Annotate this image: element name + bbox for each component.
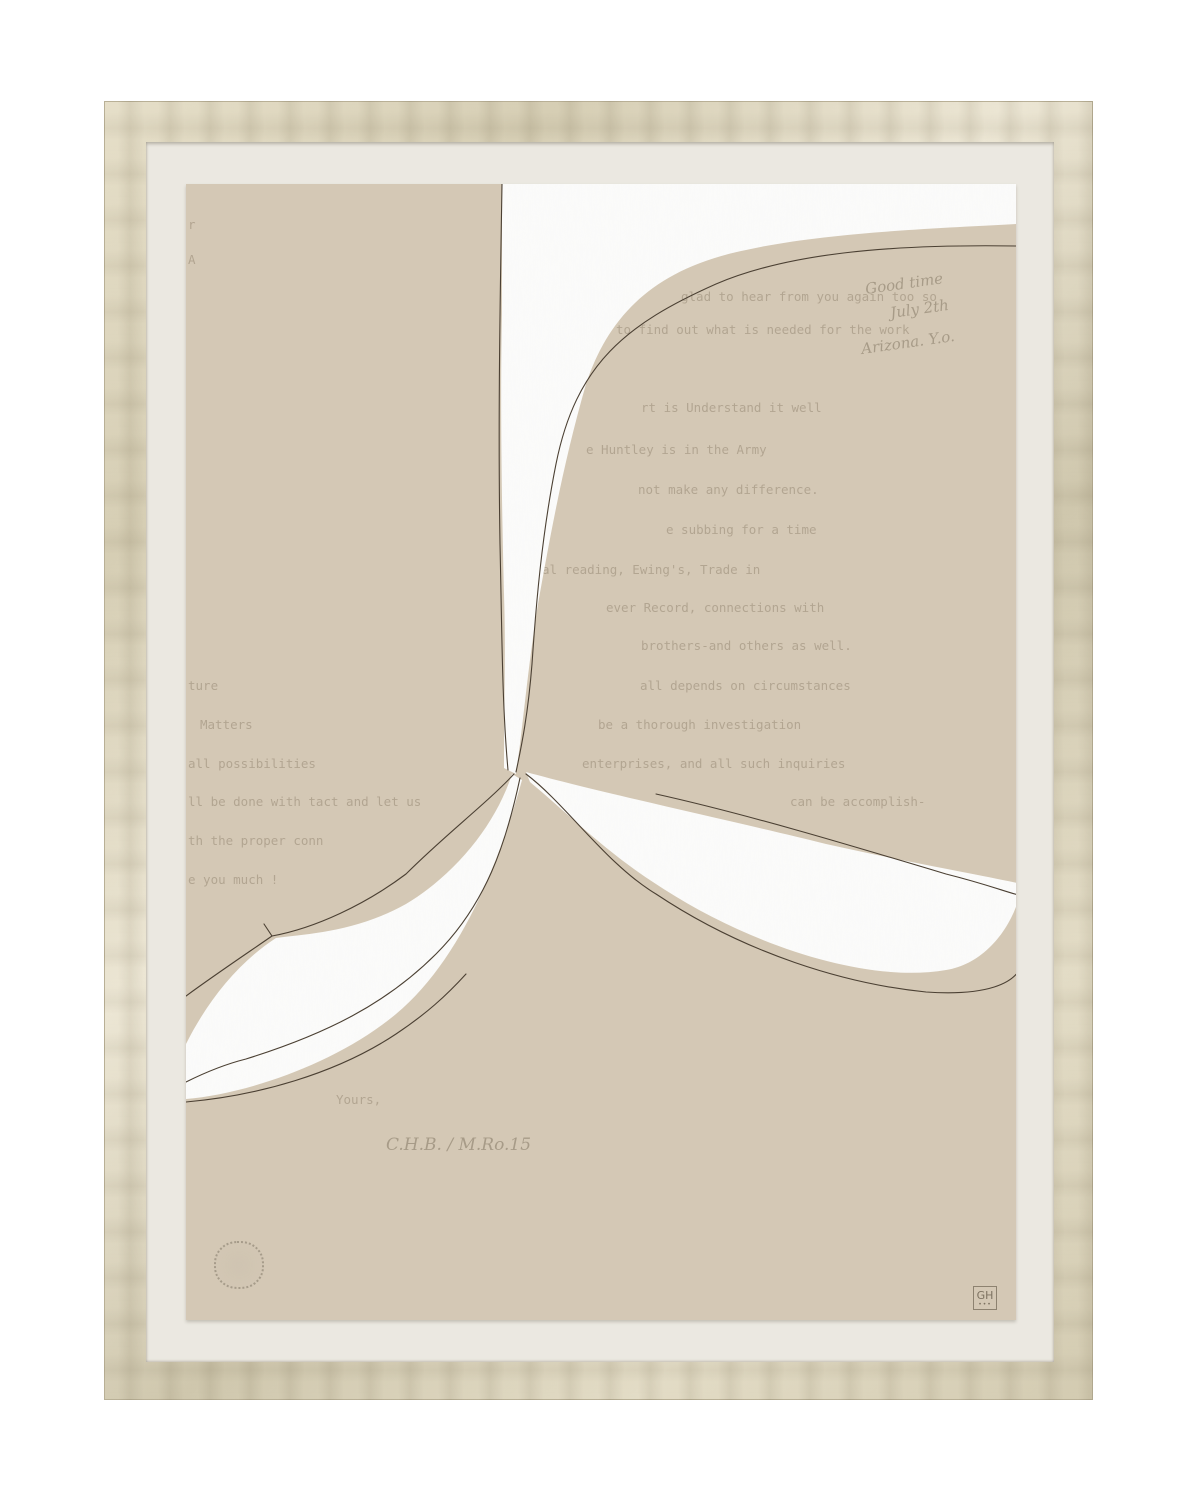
svg-text:Yours,: Yours, [336, 1092, 381, 1107]
svg-text:e subbing for a time: e subbing for a time [666, 522, 817, 537]
svg-text:A: A [188, 252, 196, 267]
svg-text:brothers-and others as well.: brothers-and others as well. [641, 638, 852, 653]
svg-text:ture: ture [188, 678, 218, 693]
svg-text:all depends on circumstances: all depends on circumstances [640, 678, 851, 693]
svg-text:Matters: Matters [200, 717, 253, 732]
monogram-dots: ••• [974, 1302, 996, 1308]
svg-text:ll be done with tact and let u: ll be done with tact and let us [188, 794, 421, 809]
svg-text:rt is Understand it well: rt is Understand it well [641, 400, 822, 415]
svg-text:th the proper conn: th the proper conn [188, 833, 323, 848]
handwritten-note: Good time July 2th Arizona. Y.o. [858, 269, 956, 358]
artwork-canvas: r A glad to hear from you again too so t… [186, 184, 1016, 1320]
artist-monogram: GH ••• [973, 1286, 997, 1310]
svg-text:e you much !: e you much ! [188, 872, 278, 887]
white-shape-left [186, 774, 522, 1099]
svg-text:all possibilities: all possibilities [188, 756, 316, 771]
svg-text:r: r [188, 217, 196, 232]
svg-text:can be accomplish-: can be accomplish- [790, 794, 925, 809]
svg-text:be a thorough investigation: be a thorough investigation [598, 717, 801, 732]
svg-text:to find out what is needed for: to find out what is needed for the work [616, 322, 910, 337]
embossed-stamp [214, 1241, 264, 1289]
svg-text:enterprises, and all such inqu: enterprises, and all such inquiries [582, 756, 845, 771]
svg-text:al reading, Ewing's, Trade in: al reading, Ewing's, Trade in [542, 562, 760, 577]
svg-text:not make any difference.: not make any difference. [638, 482, 819, 497]
svg-text:ever Record, connections with: ever Record, connections with [606, 600, 824, 615]
artwork-paper: r A glad to hear from you again too so t… [186, 184, 1016, 1320]
svg-text:e Huntley is in the Army: e Huntley is in the Army [586, 442, 767, 457]
handwritten-signature: C.H.B. / M.Ro.15 [386, 1135, 531, 1155]
